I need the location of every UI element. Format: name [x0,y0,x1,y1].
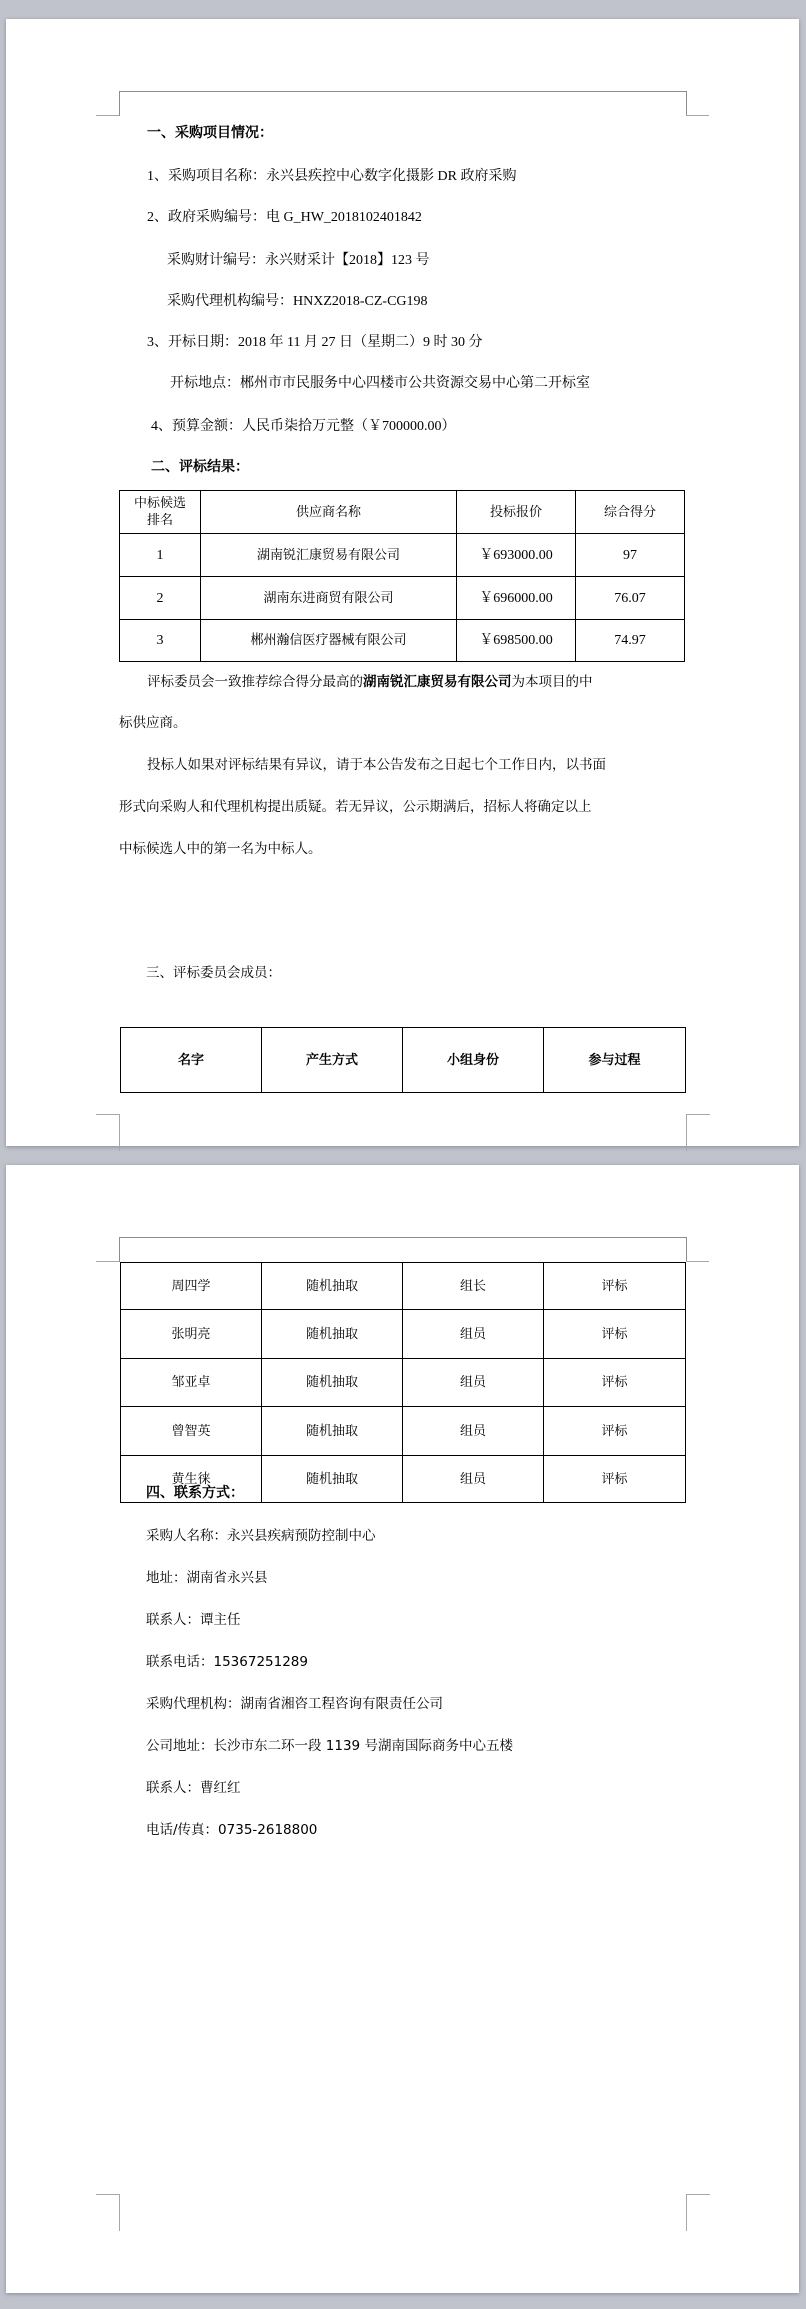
member-role: 组员 [403,1407,544,1456]
agency-number: 采购代理机构编号：HNXZ2018-CZ-CG198 [167,293,428,311]
member-participation: 评标 [544,1359,686,1407]
section-heading-evaluation-result: 二、评标结果： [151,459,249,477]
agency-name: 采购代理机构：湖南省湘咨工程咨询有限责任公司 [146,1695,443,1713]
member-role: 组员 [403,1359,544,1407]
member-role: 组长 [403,1263,544,1310]
budget-amount: 4、预算金额：人民币柒拾万元整（￥700000.00） [151,418,456,436]
agency-contact-person: 联系人：曹红红 [146,1779,241,1797]
price-cell: ￥696000.00 [457,577,576,620]
table-row: 3 郴州瀚信医疗器械有限公司 ￥698500.00 74.97 [120,620,685,662]
margin-corner-mark [96,2194,120,2231]
rank-cell: 3 [120,620,201,662]
section-heading-committee: 三、评标委员会成员： [146,964,281,982]
header-rank: 中标候选排名 [120,491,201,534]
table-header-row: 中标候选排名 供应商名称 投标报价 综合得分 [120,491,685,534]
recommendation-text-pre: 评标委员会一致推荐综合得分最高的 [147,674,363,690]
purchaser-contact-person: 联系人：谭主任 [146,1611,241,1629]
member-name: 邹亚卓 [121,1359,262,1407]
member-participation: 评标 [544,1263,686,1310]
header-bid-price: 投标报价 [457,491,576,534]
purchaser-address: 地址：湖南省永兴县 [146,1569,268,1587]
recommendation-text-post: 为本项目的中 [512,674,593,690]
score-cell: 74.97 [576,620,685,662]
header-score: 综合得分 [576,491,685,534]
objection-paragraph-line2: 形式向采购人和代理机构提出质疑。若无异议，公示期满后，招标人将确定以上 [119,798,592,816]
supplier-cell: 郴州瀚信医疗器械有限公司 [201,620,457,662]
member-selection-method: 随机抽取 [262,1407,403,1456]
section-heading-contact: 四、联系方式： [146,1485,244,1503]
header-region-box [119,91,687,116]
supplier-cell: 湖南东进商贸有限公司 [201,577,457,620]
member-participation: 评标 [544,1310,686,1359]
recommendation-paragraph-line2: 标供应商。 [119,714,187,732]
supplier-cell: 湖南锐汇康贸易有限公司 [201,534,457,577]
margin-corner-mark [686,1261,709,1262]
recommendation-paragraph-line1: 评标委员会一致推荐综合得分最高的湖南锐汇康贸易有限公司为本项目的中 [147,673,593,691]
section-heading-procurement-info: 一、采购项目情况： [147,125,273,143]
price-cell: ￥693000.00 [457,534,576,577]
margin-corner-mark [96,1261,119,1262]
member-selection-method: 随机抽取 [262,1310,403,1359]
finance-plan-number: 采购财计编号：永兴财采计【2018】123 号 [167,252,430,270]
header-name: 名字 [121,1028,262,1093]
bid-opening-location: 开标地点：郴州市市民服务中心四楼市公共资源交易中心第二开标室 [170,375,590,393]
score-cell: 76.07 [576,577,685,620]
margin-corner-mark [686,2194,710,2231]
price-cell: ￥698500.00 [457,620,576,662]
objection-paragraph-line1: 投标人如果对评标结果有异议，请于本公告发布之日起七个工作日内，以书面 [147,756,606,774]
table-row: 周四学 随机抽取 组长 评标 [121,1263,686,1310]
member-name: 曾智英 [121,1407,262,1456]
agency-phone-fax: 电话/传真：0735-2618800 [146,1821,317,1839]
header-region-box [119,1237,687,1262]
member-name: 周四学 [121,1263,262,1310]
table-row: 2 湖南东进商贸有限公司 ￥696000.00 76.07 [120,577,685,620]
committee-table-header: 名字 产生方式 小组身份 参与过程 [120,1027,686,1093]
project-name: 1、采购项目名称：永兴县疾控中心数字化摄影 DR 政府采购 [147,168,516,186]
margin-corner-mark [96,115,119,116]
member-name: 张明亮 [121,1310,262,1359]
objection-paragraph-line3: 中标候选人中的第一名为中标人。 [119,840,322,858]
member-selection-method: 随机抽取 [262,1456,403,1503]
table-row: 张明亮 随机抽取 组员 评标 [121,1310,686,1359]
rank-cell: 1 [120,534,201,577]
document-page-2: 周四学 随机抽取 组长 评标 张明亮 随机抽取 组员 评标 邹亚卓 随机抽取 组… [6,1165,799,2293]
winning-supplier-name: 湖南锐汇康贸易有限公司 [363,674,512,690]
purchaser-phone: 联系电话：15367251289 [146,1653,308,1671]
evaluation-result-table: 中标候选排名 供应商名称 投标报价 综合得分 1 湖南锐汇康贸易有限公司 ￥69… [119,490,685,662]
header-group-role: 小组身份 [403,1028,544,1093]
margin-corner-mark [96,1114,120,1151]
margin-corner-mark [686,1114,710,1151]
table-row: 曾智英 随机抽取 组员 评标 [121,1407,686,1456]
header-participation: 参与过程 [544,1028,686,1093]
header-supplier: 供应商名称 [201,491,457,534]
rank-cell: 2 [120,577,201,620]
agency-address: 公司地址：长沙市东二环一段 1139 号湖南国际商务中心五楼 [146,1737,513,1755]
procurement-number: 2、政府采购编号：电 G_HW_2018102401842 [147,209,422,227]
table-header-row: 名字 产生方式 小组身份 参与过程 [121,1028,686,1093]
table-row: 邹亚卓 随机抽取 组员 评标 [121,1359,686,1407]
bid-opening-date: 3、开标日期：2018 年 11 月 27 日（星期二）9 时 30 分 [147,334,482,352]
margin-corner-mark [686,115,709,116]
member-selection-method: 随机抽取 [262,1359,403,1407]
header-selection-method: 产生方式 [262,1028,403,1093]
committee-members-table: 周四学 随机抽取 组长 评标 张明亮 随机抽取 组员 评标 邹亚卓 随机抽取 组… [120,1262,686,1503]
member-role: 组员 [403,1310,544,1359]
table-row: 1 湖南锐汇康贸易有限公司 ￥693000.00 97 [120,534,685,577]
member-participation: 评标 [544,1456,686,1503]
purchaser-name: 采购人名称：永兴县疾病预防控制中心 [146,1527,376,1545]
document-page-1: 一、采购项目情况： 1、采购项目名称：永兴县疾控中心数字化摄影 DR 政府采购 … [6,19,799,1146]
score-cell: 97 [576,534,685,577]
member-participation: 评标 [544,1407,686,1456]
member-selection-method: 随机抽取 [262,1263,403,1310]
member-role: 组员 [403,1456,544,1503]
